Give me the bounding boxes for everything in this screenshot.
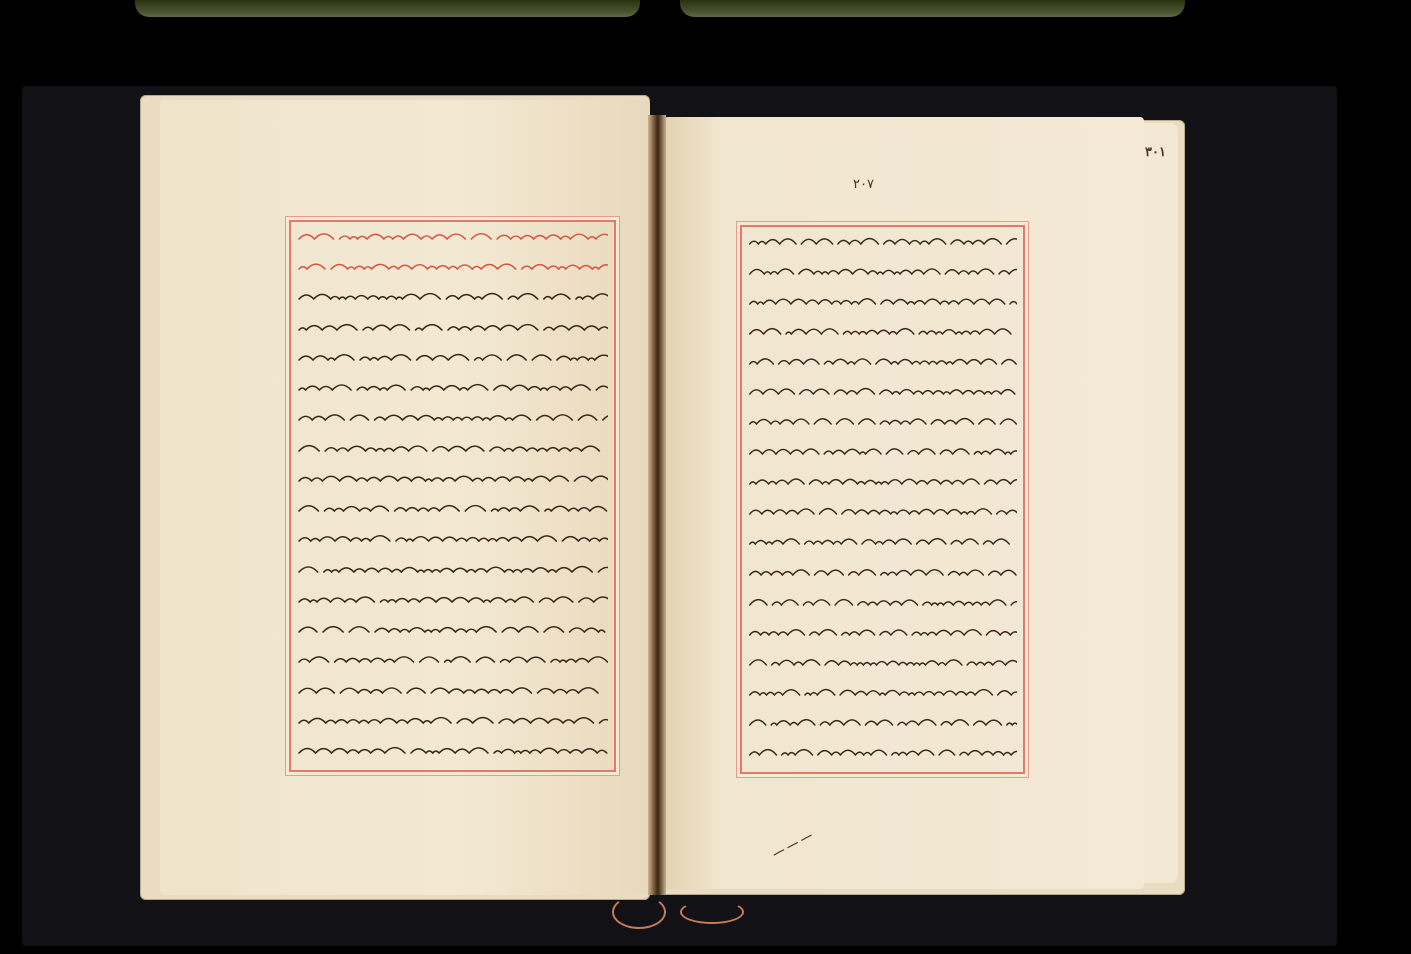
manuscript-line	[297, 738, 608, 768]
binding-thread	[680, 900, 744, 924]
manuscript-line	[748, 740, 1017, 770]
manuscript-line	[297, 647, 608, 677]
manuscript-line	[748, 409, 1017, 439]
binding-thread	[612, 895, 666, 929]
top-bar-right	[680, 0, 1185, 17]
manuscript-line	[297, 375, 608, 405]
manuscript-line	[297, 708, 608, 738]
manuscript-line	[748, 319, 1017, 349]
manuscript-line	[297, 557, 608, 587]
manuscript-line	[748, 439, 1017, 469]
manuscript-line	[297, 405, 608, 435]
manuscript-line	[748, 680, 1017, 710]
manuscript-line	[297, 678, 608, 708]
manuscript-line	[748, 620, 1017, 650]
manuscript-line	[748, 349, 1017, 379]
manuscript-line	[297, 345, 608, 375]
black-margin	[1337, 86, 1411, 954]
manuscript-line	[748, 289, 1017, 319]
book-gutter	[648, 115, 666, 895]
manuscript-line	[748, 710, 1017, 740]
page-number: ٢٠٧	[853, 177, 874, 192]
top-bar-left	[135, 0, 640, 17]
manuscript-line	[297, 254, 608, 284]
folio-number: ٣٠١	[1145, 145, 1166, 160]
manuscript-line	[297, 284, 608, 314]
manuscript-line	[748, 650, 1017, 680]
left-text-block	[289, 220, 616, 772]
manuscript-line	[297, 526, 608, 556]
manuscript-line	[748, 469, 1017, 499]
manuscript-line	[748, 259, 1017, 289]
manuscript-line	[748, 229, 1017, 259]
manuscript-line	[297, 587, 608, 617]
manuscript-line	[297, 496, 608, 526]
manuscript-line	[748, 379, 1017, 409]
manuscript-line	[748, 590, 1017, 620]
manuscript-line	[297, 315, 608, 345]
manuscript-line	[748, 560, 1017, 590]
manuscript-line	[297, 466, 608, 496]
manuscript-line	[297, 617, 608, 647]
manuscript-line	[748, 499, 1017, 529]
right-page-edge	[1140, 123, 1178, 883]
manuscript-line	[748, 529, 1017, 559]
right-text-block	[740, 225, 1025, 774]
manuscript-line	[297, 224, 608, 254]
manuscript-line	[297, 436, 608, 466]
